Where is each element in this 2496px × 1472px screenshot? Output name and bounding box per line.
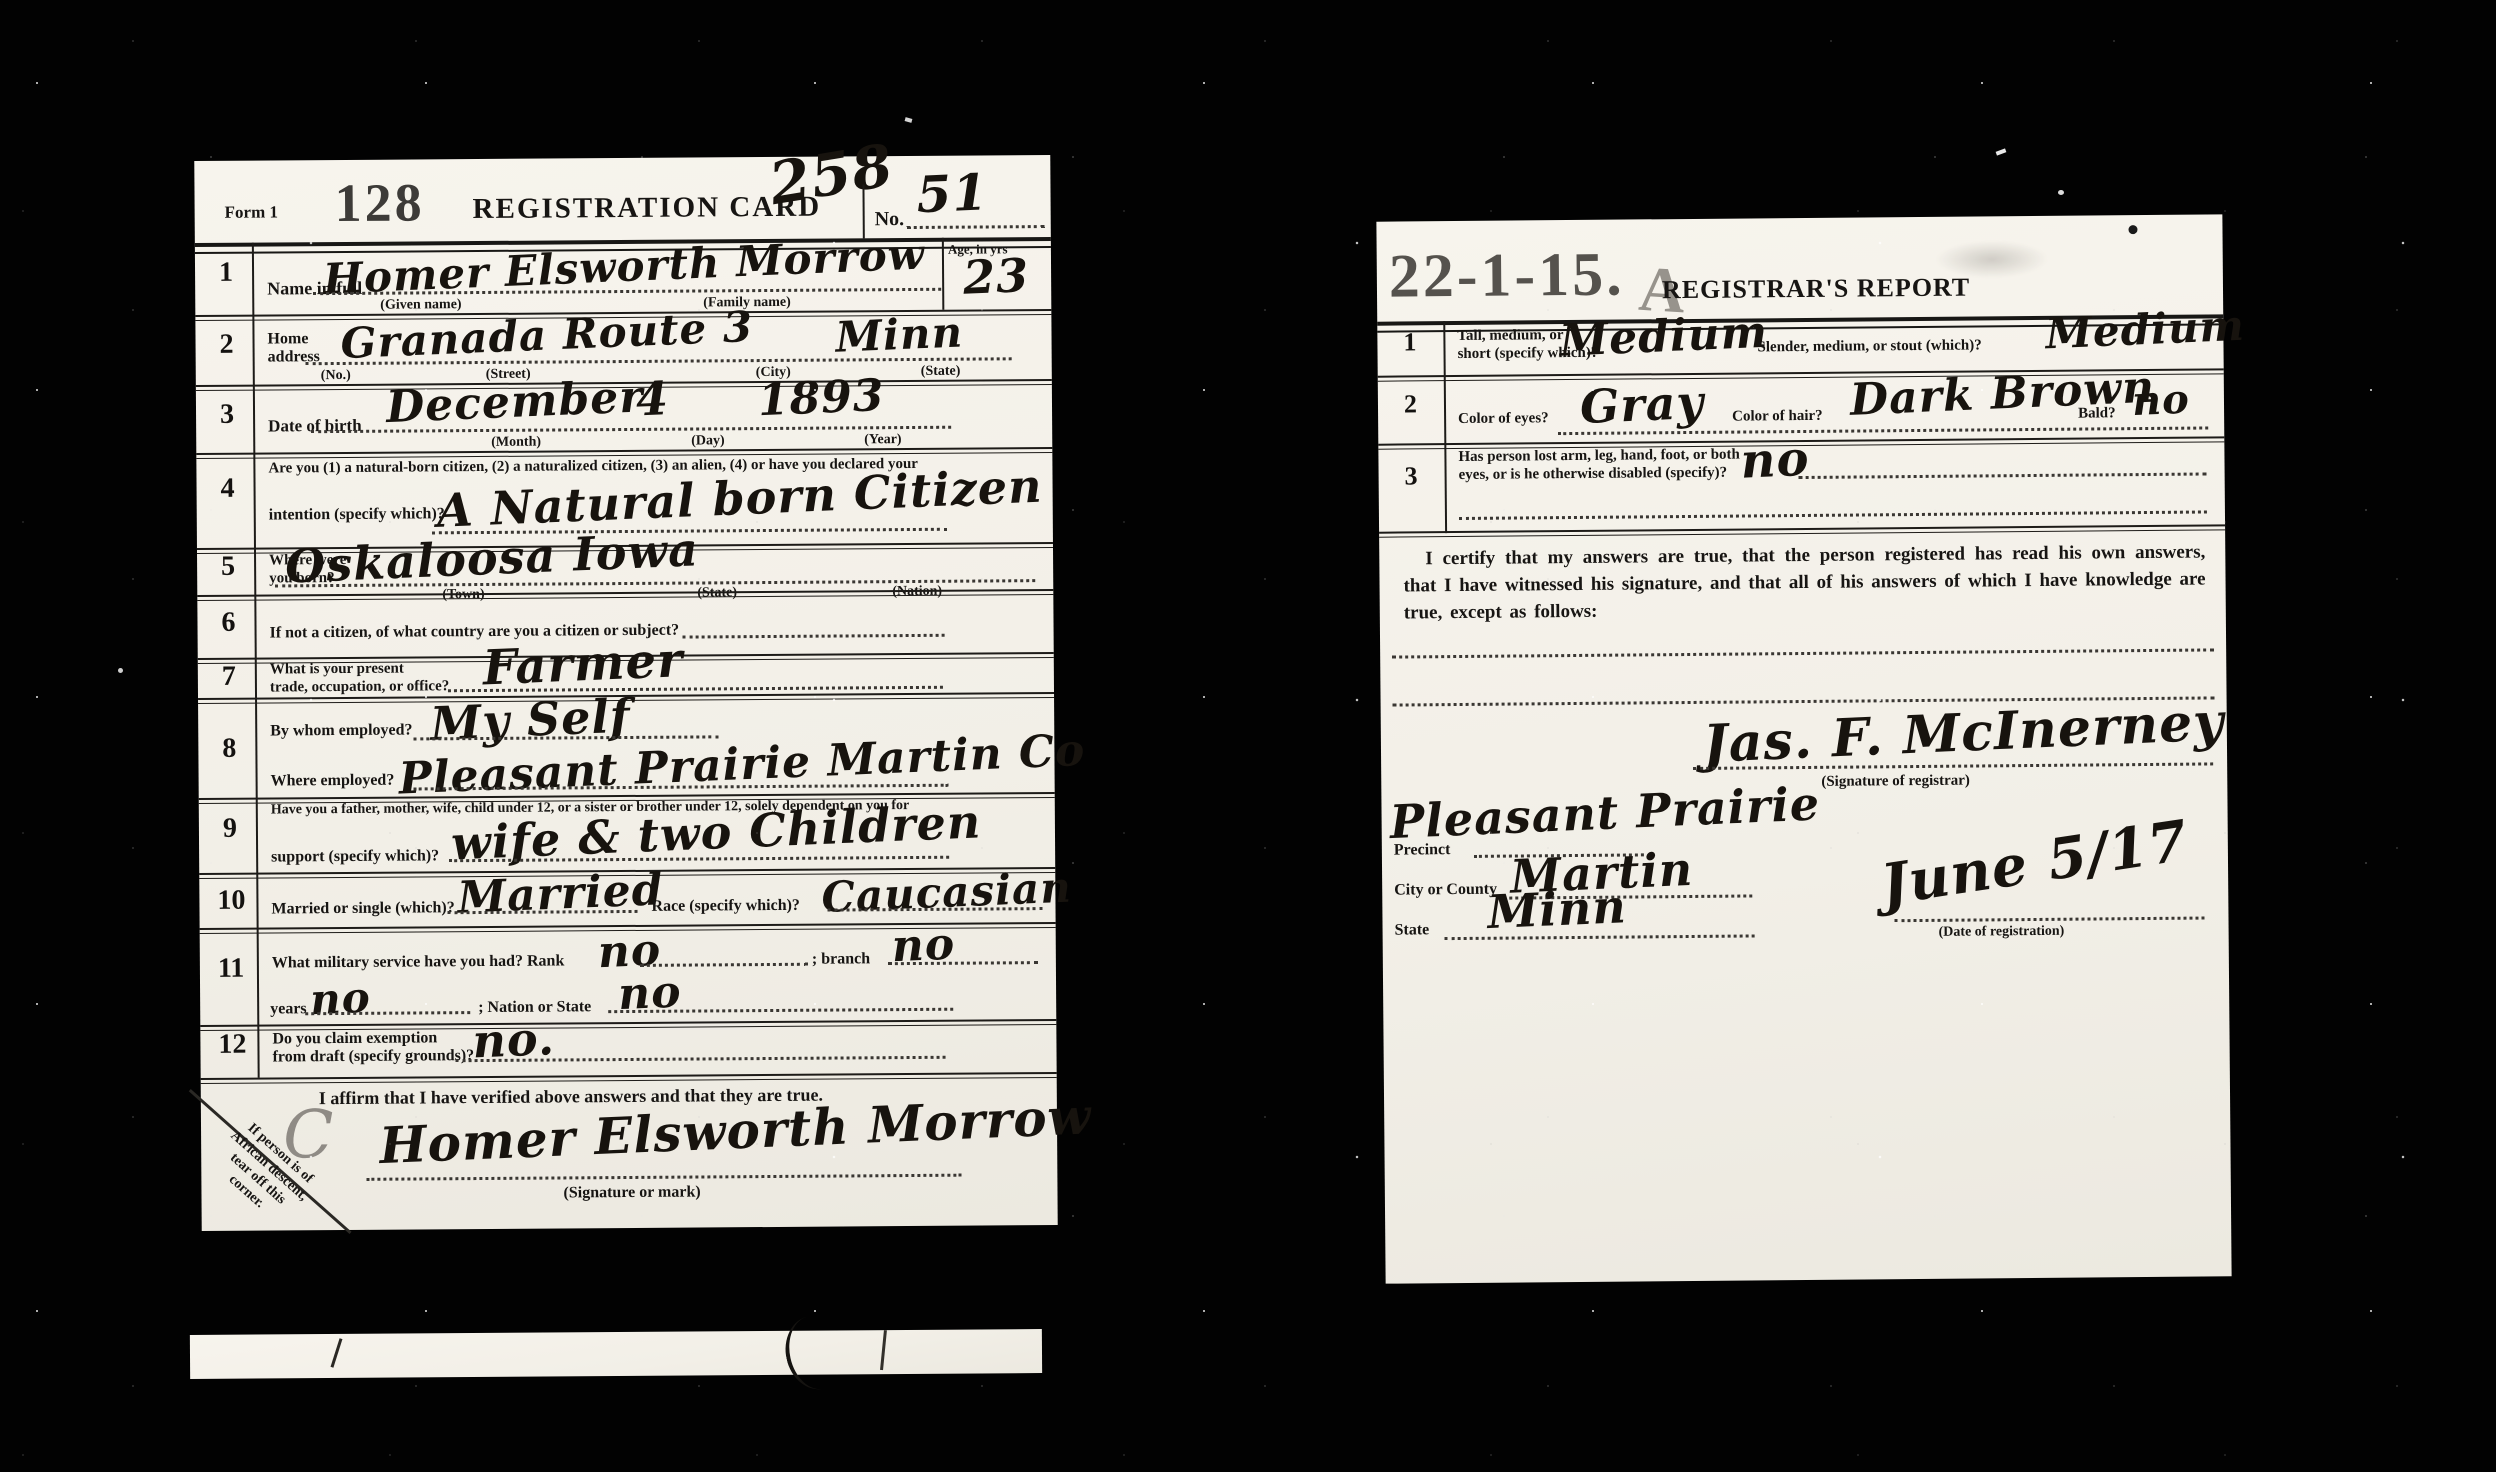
report-row3-label-line2: eyes, or is he otherwise disabled (speci… xyxy=(1459,465,1728,484)
row2-answer-state: Minn xyxy=(835,307,964,361)
row3-sub-day: (Day) xyxy=(691,433,725,449)
report-row3-answer-disabled: no xyxy=(1739,431,1810,490)
row1-sub-given-name: (Given name) xyxy=(380,297,461,314)
row4-question-line2: intention (specify which)? xyxy=(269,505,445,524)
row3-answer-month: December xyxy=(385,371,644,433)
no-value-handwritten: 51 xyxy=(915,162,989,224)
report-row3-rule xyxy=(1379,524,2225,537)
report-row3-label-line1: Has person lost arm, leg, hand, foot, or… xyxy=(1458,447,1740,466)
registration-date-value: June 5/17 xyxy=(1877,807,2193,918)
certification-paragraph: I certify that my answers are true, that… xyxy=(1403,538,2206,626)
row2-label-home: Home xyxy=(267,330,308,348)
row12-number: 12 xyxy=(218,1029,246,1061)
row1-number: 1 xyxy=(219,257,233,289)
row2-number: 2 xyxy=(219,329,233,361)
no-box-divider xyxy=(862,184,864,238)
precinct-value: Pleasant Prairie xyxy=(1389,776,1822,849)
report-row3-number: 3 xyxy=(1404,461,1417,491)
row12-label-line1: Do you claim exemption xyxy=(272,1029,437,1048)
row5-number: 5 xyxy=(221,551,235,583)
report-number-column-rule xyxy=(1443,321,1447,533)
date-caption: (Date of registration) xyxy=(1939,924,2065,941)
report-row2-answer-bald: no xyxy=(2131,376,2191,425)
row7-number: 7 xyxy=(222,661,236,693)
report-row1-number: 1 xyxy=(1403,327,1416,357)
report-row1-label-line1: Tall, medium, or xyxy=(1457,327,1563,345)
certification-blank-line1 xyxy=(1392,648,2214,658)
dust-speck xyxy=(118,668,123,673)
report-row1-answer-build: Medium xyxy=(2044,301,2245,359)
date-dotted-line xyxy=(1894,917,2204,923)
row7-label-line1: What is your present xyxy=(270,661,404,679)
row3-label: Date of birth xyxy=(268,416,362,437)
row6-number: 6 xyxy=(221,607,235,639)
report-row3-blank-line xyxy=(1459,510,2207,520)
precinct-code-stamp: 22-1-15. xyxy=(1389,240,1625,313)
scanned-draft-card-page: Form 1 128 REGISTRATION CARD 258 No. 51 … xyxy=(0,0,2496,1472)
row8-number: 8 xyxy=(222,733,236,765)
registration-card: Form 1 128 REGISTRATION CARD 258 No. 51 … xyxy=(194,155,1057,1231)
signature-dotted-line xyxy=(366,1174,961,1181)
row11-number: 11 xyxy=(218,953,245,985)
row8-label-where: Where employed? xyxy=(271,772,395,791)
row3-sub-year: (Year) xyxy=(864,432,901,448)
row12-rule xyxy=(201,1072,1057,1084)
handwritten-order-number: 258 xyxy=(765,131,899,218)
dust-speck xyxy=(2058,190,2064,195)
row7-label-line2: trade, occupation, or office? xyxy=(270,678,449,696)
age-value-handwritten: 23 xyxy=(962,248,1030,305)
row11-dotted-years xyxy=(305,1011,470,1015)
form-number-label: Form 1 xyxy=(225,202,278,222)
row4-number: 4 xyxy=(220,473,234,505)
row6-dotted-line xyxy=(683,634,945,639)
row9-question-line2: support (specify which)? xyxy=(271,847,439,866)
registrars-report-card: 22-1-15. A REGISTRAR'S REPORT 1 Tall, me… xyxy=(1376,214,2231,1283)
stray-pen-stroke-3 xyxy=(880,1330,887,1370)
dust-speck xyxy=(1996,148,2007,155)
row11-label-branch: ; branch xyxy=(812,950,870,968)
row3-answer-year: 1893 xyxy=(757,370,885,426)
registrar-signature-caption: (Signature of registrar) xyxy=(1821,773,1970,791)
row10-answer-married: Married xyxy=(456,864,664,924)
signature-caption: (Signature or mark) xyxy=(563,1183,700,1202)
row8-answer-employer: My Self xyxy=(429,688,632,750)
serial-stamp-128: 128 xyxy=(334,171,424,234)
stray-pen-stroke-2 xyxy=(779,1312,844,1395)
row3-answer-day: 4 xyxy=(635,371,670,426)
report-row3-dotted-line xyxy=(1799,472,2207,479)
report-row2-label-hair: Color of hair? xyxy=(1732,408,1823,426)
report-row2-answer-eyes: Gray xyxy=(1579,375,1705,434)
report-row2-label-eyes: Color of eyes? xyxy=(1458,410,1549,428)
row10-label-race: Race (specify which)? xyxy=(651,897,800,916)
row11-label-rank: What military service have you had? Rank xyxy=(272,952,565,972)
row3-number: 3 xyxy=(220,399,234,431)
state-label: State xyxy=(1394,921,1429,939)
row3-sub-month: (Month) xyxy=(491,435,541,451)
report-row1-answer-height: Medium xyxy=(1558,307,1769,367)
row10-answer-race: Caucasian xyxy=(820,863,1072,922)
ink-smudge xyxy=(1917,234,2067,285)
dust-speck xyxy=(905,117,913,123)
card-title: REGISTRATION CARD xyxy=(473,191,822,226)
state-value: Minn xyxy=(1486,879,1628,939)
row8-label-by-whom: By whom employed? xyxy=(270,721,412,740)
row2-sub-state: (State) xyxy=(921,364,961,380)
ink-dot xyxy=(2128,225,2137,234)
row11-answer-years: no xyxy=(309,973,372,1024)
precinct-label: Precinct xyxy=(1394,841,1451,859)
report-row1-label-build: Slender, medium, or stout (which)? xyxy=(1757,337,1981,356)
row10-label-married: Married or single (which)? xyxy=(271,899,454,918)
no-label: No. xyxy=(875,208,905,231)
row12-label-line2: from draft (specify grounds)? xyxy=(272,1047,474,1066)
row10-number: 10 xyxy=(217,885,245,917)
report-row2-number: 2 xyxy=(1404,389,1417,419)
stray-pen-stroke-1 xyxy=(331,1338,343,1368)
row9-number: 9 xyxy=(223,813,237,845)
row11-dotted-branch xyxy=(888,961,1038,965)
row11-label-years: years xyxy=(270,1000,307,1018)
city-label: City or County xyxy=(1394,881,1497,900)
next-card-edge-strip xyxy=(190,1329,1042,1379)
report-row2-label-bald: Bald? xyxy=(2078,405,2116,422)
no-dotted-line xyxy=(907,225,1045,229)
row2-sub-no: (No.) xyxy=(321,368,351,384)
